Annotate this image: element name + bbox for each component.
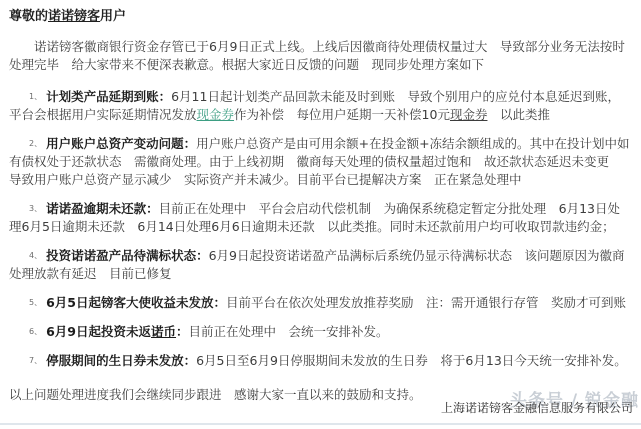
item-heading: 用户账户总资产变动问题： bbox=[46, 136, 196, 151]
item-number: 5、 bbox=[29, 298, 42, 307]
item-text: 以此类推 bbox=[487, 107, 550, 122]
item-number: 6、 bbox=[29, 327, 42, 336]
item-heading: 计划类产品延期到账： bbox=[46, 89, 171, 104]
item-heading: ： bbox=[176, 324, 189, 339]
item-text: 6月5日至6月9日停服期间未发放的生日券 将于6月13日今天统一安排补发。 bbox=[196, 353, 627, 368]
item-text: 目前正在处理中 会统一安排补发。 bbox=[189, 324, 389, 339]
item-number: 4、 bbox=[29, 251, 42, 260]
underlined-cash-coupon-text: 现金券 bbox=[450, 107, 488, 122]
item-number: 2、 bbox=[29, 139, 42, 148]
list-item-5: 5、6月5日起镑客大使收益未发放：目前平台在依次处理发放推荐奖励 注：需开通银行… bbox=[9, 294, 631, 312]
list-item-6: 6、6月9日起投资未返诺币：目前正在处理中 会统一安排补发。 bbox=[9, 323, 631, 341]
list-item-4: 4、投资诺诺盈产品待满标状态：6月9日起投资诺诺盈产品满标后系统仍显示待满标状态… bbox=[9, 247, 631, 283]
title-suffix: 用户 bbox=[100, 9, 126, 24]
item-number: 7、 bbox=[29, 356, 42, 365]
underlined-nuo-coin-text: 诺币 bbox=[151, 324, 176, 339]
company-signature: 上海诺诺镑客金融信息服务有限公司 bbox=[441, 399, 633, 417]
announcement-document: 尊敬的诺诺镑客用户 诺诺镑客徽商银行资金存管已于6月9日正式上线。上线后因徽商待… bbox=[0, 0, 641, 429]
list-item-3: 3、诺诺盈逾期未还款：目前正在处理中 平台会启动代偿机制 为确保系统稳定暂定分批… bbox=[9, 200, 631, 236]
title-prefix: 尊敬的 bbox=[9, 9, 48, 24]
item-text: 作为补偿 每位用户延期一天补偿10元 bbox=[234, 107, 450, 122]
document-title: 尊敬的诺诺镑客用户 bbox=[9, 8, 631, 26]
item-heading: 投资诺诺盈产品待满标状态： bbox=[46, 248, 209, 263]
list-item-1: 1、计划类产品延期到账：6月11日起计划类产品回款未能及时到账 导致个别用户的应… bbox=[9, 88, 631, 124]
item-heading: 停服期间的生日券未发放： bbox=[46, 353, 196, 368]
item-heading: 6月9日起投资未返 bbox=[46, 324, 151, 339]
item-number: 3、 bbox=[29, 204, 42, 213]
intro-paragraph: 诺诺镑客徽商银行资金存管已于6月9日正式上线。上线后因徽商待处理债权量过大 导致… bbox=[9, 38, 631, 74]
brand-name-underlined: 诺诺镑客 bbox=[48, 9, 100, 24]
item-heading: 诺诺盈逾期未还款： bbox=[46, 201, 159, 216]
item-heading: 6月5日起镑客大使收益未发放： bbox=[46, 295, 226, 310]
list-item-7: 7、停服期间的生日券未发放：6月5日至6月9日停服期间未发放的生日券 将于6月1… bbox=[9, 352, 631, 370]
list-item-2: 2、用户账户总资产变动问题：用户账户总资产是由可用余额+在投金额+冻结余额组成的… bbox=[9, 135, 631, 189]
item-number: 1、 bbox=[29, 92, 42, 101]
bottom-divider bbox=[0, 423, 641, 425]
cash-coupon-link[interactable]: 现金券 bbox=[197, 107, 235, 122]
item-text: 目前平台在依次处理发放推荐奖励 注：需开通银行存管 奖励才可到账 bbox=[226, 295, 626, 310]
